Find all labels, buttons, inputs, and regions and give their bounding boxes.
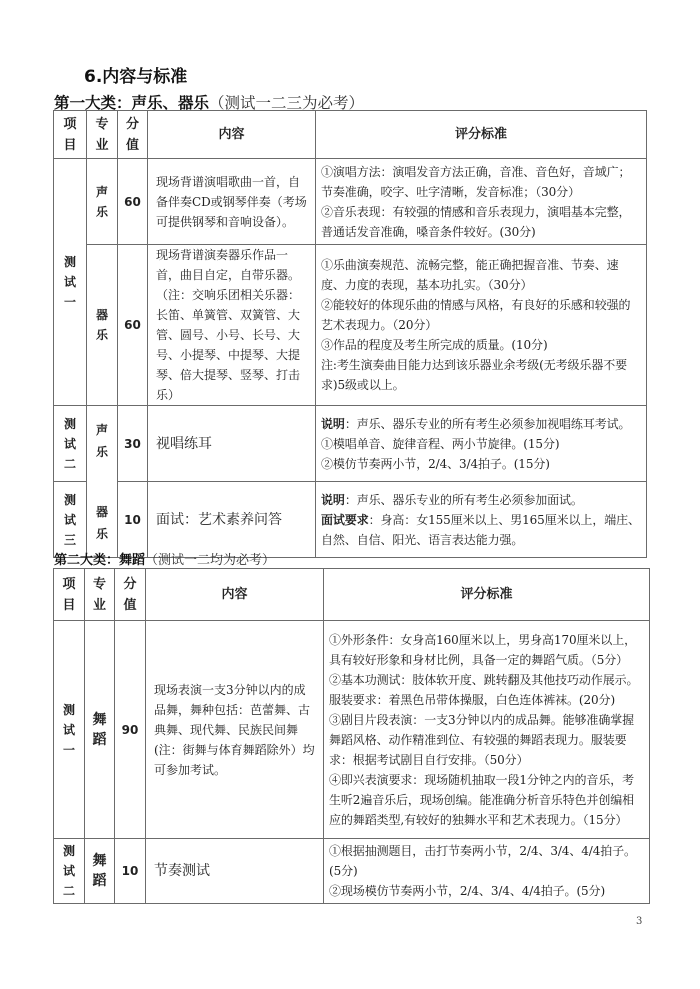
criteria-item: ①模唱单音、旋律音程、两小节旋律。(15分) bbox=[321, 434, 642, 454]
section-heading: 6.内容与标准 bbox=[84, 62, 187, 87]
criteria-cell: 说明：声乐、器乐专业的所有考生必须参加视唱练耳考试。 ①模唱单音、旋律音程、两小… bbox=[316, 406, 647, 482]
table-header-row: 项 目 专 业 分 值 内容 评分标准 bbox=[54, 569, 650, 621]
criteria-item: ①外形条件：女身高160厘米以上，男身高170厘米以上，具有较好形象和身材比例，… bbox=[329, 630, 645, 670]
header-criteria: 评分标准 bbox=[316, 111, 647, 159]
header-project: 项 目 bbox=[54, 111, 87, 159]
criteria-note-label: 说明 bbox=[321, 493, 345, 507]
header-major: 专 业 bbox=[87, 111, 118, 159]
criteria-item: ③剧目片段表演：一支3分钟以内的成品舞。能够准确掌握舞蹈风格、动作精准到位、有较… bbox=[329, 710, 645, 770]
criteria-item: ④即兴表演要求：现场随机抽取一段1分钟之内的音乐，考生听2遍音乐后，现场创编。能… bbox=[329, 770, 645, 830]
criteria-note: 说明：声乐、器乐专业的所有考生必须参加面试。 bbox=[321, 490, 642, 510]
header-score: 分 值 bbox=[118, 111, 148, 159]
project-cell-test2: 测 试 二 bbox=[54, 406, 87, 482]
category-2-title: 第二大类：舞蹈（测试一二均为必考） bbox=[54, 549, 275, 568]
criteria-item: ①乐曲演奏规范、流畅完整，能正确把握音准、节奏、速度、力度的表现，基本功扎实。（… bbox=[321, 255, 642, 295]
content-cell: 节奏测试 bbox=[146, 839, 324, 904]
score-cell: 10 bbox=[118, 482, 148, 558]
header-content: 内容 bbox=[146, 569, 324, 621]
score-cell: 60 bbox=[118, 159, 148, 245]
score-cell: 30 bbox=[118, 406, 148, 482]
content-cell: 视唱练耳 bbox=[148, 406, 316, 482]
header-score: 分 值 bbox=[115, 569, 146, 621]
score-table-vocal-instrumental: 项 目 专 业 分 值 内容 评分标准 测 试 一 声 乐 60 现场背谱演唱歌… bbox=[53, 110, 647, 558]
criteria-item: ②能较好的体现乐曲的情感与风格，有良好的乐感和较强的艺术表现力。（20分） bbox=[321, 295, 642, 335]
criteria-item: ②现场模仿节奏两小节，2/4、3/4、4/4拍子。(5分) bbox=[329, 881, 645, 901]
score-cell: 90 bbox=[115, 621, 146, 839]
major-cell-vocal: 声 乐 bbox=[87, 159, 118, 245]
criteria-cell: ①根据抽测题目，击打节奏两小节，2/4、3/4、4/4拍子。(5分) ②现场模仿… bbox=[324, 839, 650, 904]
criteria-cell: ①乐曲演奏规范、流畅完整，能正确把握音准、节奏、速度、力度的表现，基本功扎实。（… bbox=[316, 245, 647, 406]
criteria-item: ③作品的程度及考生所完成的质量。(10分) bbox=[321, 335, 642, 355]
header-project: 项 目 bbox=[54, 569, 85, 621]
criteria-cell: ①演唱方法：演唱发音方法正确，音准、音色好，音域广；节奏准确，咬字、吐字清晰，发… bbox=[316, 159, 647, 245]
project-cell-test1: 测 试 一 bbox=[54, 621, 85, 839]
criteria-item: ①演唱方法：演唱发音方法正确，音准、音色好，音域广；节奏准确，咬字、吐字清晰，发… bbox=[321, 162, 642, 202]
criteria-item: ①根据抽测题目，击打节奏两小节，2/4、3/4、4/4拍子。(5分) bbox=[329, 841, 645, 881]
project-cell-test3: 测 试 三 bbox=[54, 482, 87, 558]
table-row: 测 试 一 声 乐 60 现场背谱演唱歌曲一首，自备伴奏CD或钢琴伴奏（考场可提… bbox=[54, 159, 647, 245]
criteria-note-label: 说明 bbox=[321, 417, 345, 431]
major-cell-instrumental: 器 乐 bbox=[87, 245, 118, 406]
major-cell-dance: 舞 蹈 bbox=[85, 839, 115, 904]
criteria-note: 说明：声乐、器乐专业的所有考生必须参加视唱练耳考试。 bbox=[321, 414, 642, 434]
criteria-interview-label: 面试要求 bbox=[321, 513, 369, 527]
criteria-item: ②基本功测试：肢体软开度、跳转翻及其他技巧动作展示。服装要求：着黑色吊带体操服，… bbox=[329, 670, 645, 710]
table-header-row: 项 目 专 业 分 值 内容 评分标准 bbox=[54, 111, 647, 159]
page-number: 3 bbox=[636, 916, 642, 927]
project-cell-test1: 测 试 一 bbox=[54, 159, 87, 406]
criteria-cell: ①外形条件：女身高160厘米以上，男身高170厘米以上，具有较好形象和身材比例，… bbox=[324, 621, 650, 839]
criteria-item: ②音乐表现：有较强的情感和音乐表现力，演唱基本完整，普通话发音准确，嗓音条件较好… bbox=[321, 202, 642, 242]
major-cell-dance: 舞 蹈 bbox=[85, 621, 115, 839]
score-cell: 60 bbox=[118, 245, 148, 406]
score-cell: 10 bbox=[115, 839, 146, 904]
table-row: 测 试 二 声 乐 器 乐 30 视唱练耳 说明：声乐、器乐专业的所有考生必须参… bbox=[54, 406, 647, 482]
table-row: 器 乐 60 现场背谱演奏器乐作品一首，曲目自定，自带乐器。（注：交响乐团相关乐… bbox=[54, 245, 647, 406]
header-major: 专 业 bbox=[85, 569, 115, 621]
table-row: 测 试 二 舞 蹈 10 节奏测试 ①根据抽测题目，击打节奏两小节，2/4、3/… bbox=[54, 839, 650, 904]
header-criteria: 评分标准 bbox=[324, 569, 650, 621]
content-cell: 现场背谱演唱歌曲一首，自备伴奏CD或钢琴伴奏（考场可提供钢琴和音响设备）。 bbox=[148, 159, 316, 245]
table-row: 测 试 三 10 面试：艺术素养问答 说明：声乐、器乐专业的所有考生必须参加面试… bbox=[54, 482, 647, 558]
category-2-title-main: 第二大类：舞蹈 bbox=[54, 553, 145, 568]
criteria-item: 注:考生演奏曲目能力达到该乐器业余考级(无考级乐器不要求)5级或以上。 bbox=[321, 355, 642, 395]
project-cell-test2: 测 试 二 bbox=[54, 839, 85, 904]
table-row: 测 试 一 舞 蹈 90 现场表演一支3分钟以内的成品舞，舞种包括：芭蕾舞、古典… bbox=[54, 621, 650, 839]
score-table-dance: 项 目 专 业 分 值 内容 评分标准 测 试 一 舞 蹈 90 现场表演一支3… bbox=[53, 568, 650, 904]
header-content: 内容 bbox=[148, 111, 316, 159]
content-cell: 面试：艺术素养问答 bbox=[148, 482, 316, 558]
criteria-item: ②模仿节奏两小节，2/4、3/4拍子。(15分) bbox=[321, 454, 642, 474]
content-cell: 现场表演一支3分钟以内的成品舞，舞种包括：芭蕾舞、古典舞、现代舞、民族民间舞(注… bbox=[146, 621, 324, 839]
criteria-cell: 说明：声乐、器乐专业的所有考生必须参加面试。 面试要求：身高：女155厘米以上、… bbox=[316, 482, 647, 558]
category-2-title-note: （测试一二均为必考） bbox=[145, 553, 275, 568]
criteria-interview-requirement: 面试要求：身高：女155厘米以上、男165厘米以上，端庄、自然、自信、阳光、语言… bbox=[321, 510, 642, 550]
content-cell: 现场背谱演奏器乐作品一首，曲目自定，自带乐器。（注：交响乐团相关乐器：长笛、单簧… bbox=[148, 245, 316, 406]
major-cell-vocal-instrumental: 声 乐 器 乐 bbox=[87, 406, 118, 558]
